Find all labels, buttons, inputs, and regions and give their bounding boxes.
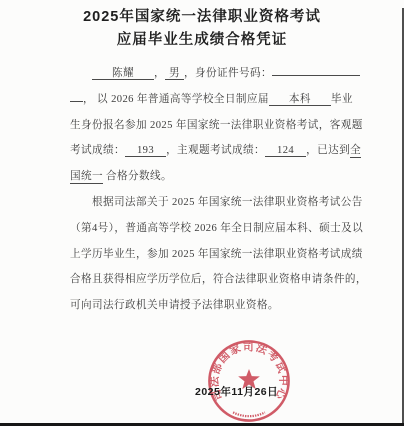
- underlined-value: 193: [125, 145, 166, 157]
- text-line: ， 以 2026 年普通高等学校全日制应届本科毕业: [70, 87, 342, 113]
- underlined-value: 全: [350, 145, 361, 158]
- text-run: 生身份报名参加 2025 年国家统一法律职业资格考试，客观题: [70, 120, 363, 131]
- text-run: 毕业: [331, 94, 353, 105]
- underlined-value: 本科: [269, 94, 331, 106]
- blank-underline: [70, 91, 83, 102]
- text-run: 根据司法部关于 2025 年国家统一法律职业资格考试公告: [92, 197, 363, 208]
- text-run: 合格分数线。: [103, 171, 172, 182]
- seal-microtext: [233, 412, 265, 416]
- text-line: 考试成绩：193，主观题考试成绩：124，已达到全: [70, 138, 342, 164]
- certificate-body: 陈耀，男，身份证件号码：， 以 2026 年普通高等学校全日制应届本科毕业生身份…: [70, 61, 342, 319]
- underlined-value: 国统一: [70, 171, 103, 184]
- underlined-value: 124: [265, 145, 306, 157]
- text-run: ，身份证件号码：: [184, 68, 272, 79]
- text-line: 根据司法部关于 2025 年国家统一法律职业资格考试公告: [70, 190, 342, 216]
- text-line: 上学历毕业生，参加 2025 年国家统一法律职业资格考试成绩: [70, 242, 342, 268]
- official-seal: 司法部国家司法考试中心: [206, 338, 292, 424]
- underlined-value: 男: [165, 68, 184, 80]
- text-line: 合格且获得相应学历学位后，符合法律职业资格申请条件的，: [70, 267, 342, 293]
- text-run: 可向司法行政机关申请授予法律职业资格。: [70, 300, 279, 311]
- text-run: ，: [154, 68, 165, 79]
- text-line: 国统一 合格分数线。: [70, 164, 342, 190]
- certificate-page: 2025年国家统一法律职业资格考试 应届毕业生成绩合格凭证 陈耀，男，身份证件号…: [0, 0, 404, 426]
- underlined-value: 陈耀: [92, 68, 154, 80]
- title-line-1: 2025年国家统一法律职业资格考试: [0, 6, 404, 29]
- text-run: 考试成绩：: [70, 145, 125, 156]
- text-line: 生身份报名参加 2025 年国家统一法律职业资格考试，客观题: [70, 113, 342, 139]
- text-line: 可向司法行政机关申请授予法律职业资格。: [70, 293, 342, 319]
- text-run: ，主观题考试成绩：: [166, 145, 265, 156]
- blank-underline: [272, 65, 360, 76]
- seal-date: 2025年11月26日: [195, 384, 278, 399]
- title-line-2: 应届毕业生成绩合格凭证: [0, 29, 404, 52]
- text-line: （第4号），普通高等学校 2026 年全日制应届本科、硕士及以: [70, 216, 342, 242]
- text-line: 陈耀，男，身份证件号码：: [70, 61, 342, 87]
- text-run: 合格且获得相应学历学位后，符合法律职业资格申请条件的，: [70, 274, 367, 285]
- text-run: ，已达到: [306, 145, 350, 156]
- text-run: ， 以 2026 年普通高等学校全日制应届: [83, 94, 269, 105]
- text-run: （第4号），普通高等学校 2026 年全日制应届本科、硕士及以: [70, 223, 363, 234]
- text-run: 上学历毕业生，参加 2025 年国家统一法律职业资格考试成绩: [70, 249, 363, 260]
- document-title: 2025年国家统一法律职业资格考试 应届毕业生成绩合格凭证: [0, 6, 404, 52]
